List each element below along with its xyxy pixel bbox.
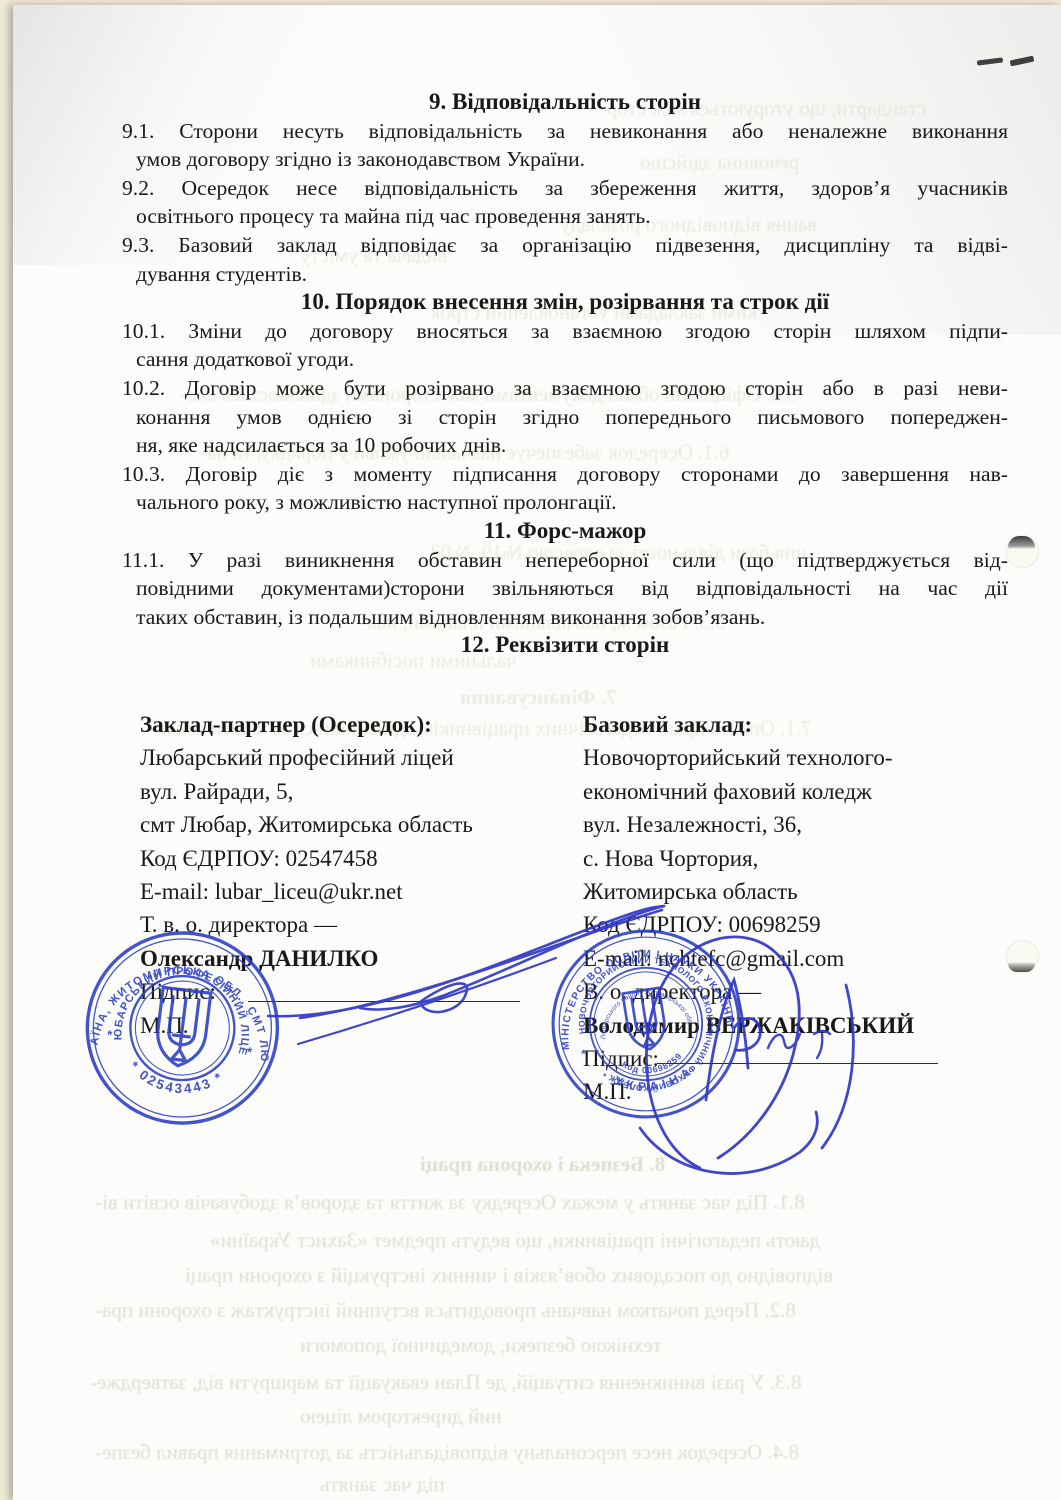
contract-line: сання додаткової угоди. <box>122 345 1008 374</box>
contract-line: 9.3. Базовий заклад відповідає за органі… <box>122 231 1008 260</box>
contract-line: 11.1. У разі виникнення обставин непереб… <box>122 546 1008 575</box>
bleedthrough-line: 7. Фінансування <box>460 685 617 709</box>
party-line: Любарський професійний ліцей <box>140 741 473 774</box>
contract-text-column: 9. Відповідальність сторін 9.1. Сторони … <box>122 88 1008 660</box>
party-line: вул. Райради, 5, <box>140 775 473 808</box>
contract-line: дування студентів. <box>122 260 1008 289</box>
contract-line: 10.2. Договір може бути розірвано за вза… <box>122 374 1008 403</box>
bleedthrough-line: під час занять <box>320 1472 445 1496</box>
contract-line: конання умов однією зі сторін згідно поп… <box>122 403 1008 432</box>
bleedthrough-line: технікою безпеки, домедичної допомоги <box>300 1333 662 1357</box>
party-line: с. Нова Чортория, <box>583 842 914 875</box>
contract-line: чального року, з можливістю наступної пр… <box>122 488 1008 517</box>
party-title: Заклад-партнер (Осередок): <box>140 708 473 741</box>
section-heading-12: 12. Реквізити сторін <box>122 631 1008 660</box>
contract-line: 10.1. Зміни до договору вносяться за вза… <box>122 317 1008 346</box>
party-line: економічний фаховий коледж <box>583 775 914 808</box>
party-line: смт Любар, Житомирська область <box>140 808 473 841</box>
party-title: Базовий заклад: <box>583 708 914 741</box>
bleedthrough-line: ний директором ліцею <box>300 1404 502 1428</box>
hole-punch <box>1007 941 1038 972</box>
section-heading-10: 10. Порядок внесення змін, розірвання та… <box>122 288 1008 317</box>
bleedthrough-line: 8.4. Осередок несе персональну відповіда… <box>95 1440 799 1464</box>
scanned-document: стандарти, що уторуються між стор- речов… <box>0 0 1061 1500</box>
contract-line: таких обставин, із подальшим відновлення… <box>122 603 1008 632</box>
bleedthrough-line: 8.2. Перед початком навчань проводиться … <box>95 1298 796 1322</box>
bleedthrough-line: відповідно до посадових обов’язків і чин… <box>185 1263 833 1287</box>
tryzub-icon <box>154 987 211 1068</box>
contract-line: освітнього процесу та майна під час пров… <box>122 202 1008 231</box>
contract-line: 9.2. Осередок несе відповідальність за з… <box>122 174 1008 203</box>
party-line: вул. Незалежності, 36, <box>583 808 914 841</box>
party-line: Код ЄДРПОУ: 02547458 <box>140 842 473 875</box>
contract-line: умов договору згідно із законодавством У… <box>122 145 1008 174</box>
contract-line: 9.1. Сторони несуть відповідальність за … <box>122 117 1008 146</box>
contract-line: 10.3. Договір діє з моменту підписання д… <box>122 460 1008 489</box>
section-heading-11: 11. Форс-мажор <box>122 517 1008 546</box>
hole-punch <box>1007 536 1038 567</box>
contract-line: ня, яке надсилається за 10 робочих днів. <box>122 431 1008 460</box>
signature-right <box>600 910 890 1200</box>
bleedthrough-line: дають педагогічні працівники, що ведуть … <box>210 1228 820 1252</box>
section-heading-9: 9. Відповідальність сторін <box>122 88 1008 117</box>
party-line: Новочорторийський технолого- <box>583 741 914 774</box>
bleedthrough-line: 8.3. У разі виникнення ситуацій, де План… <box>90 1370 802 1394</box>
contract-line: повідними документами)сторони звільняють… <box>122 574 1008 603</box>
